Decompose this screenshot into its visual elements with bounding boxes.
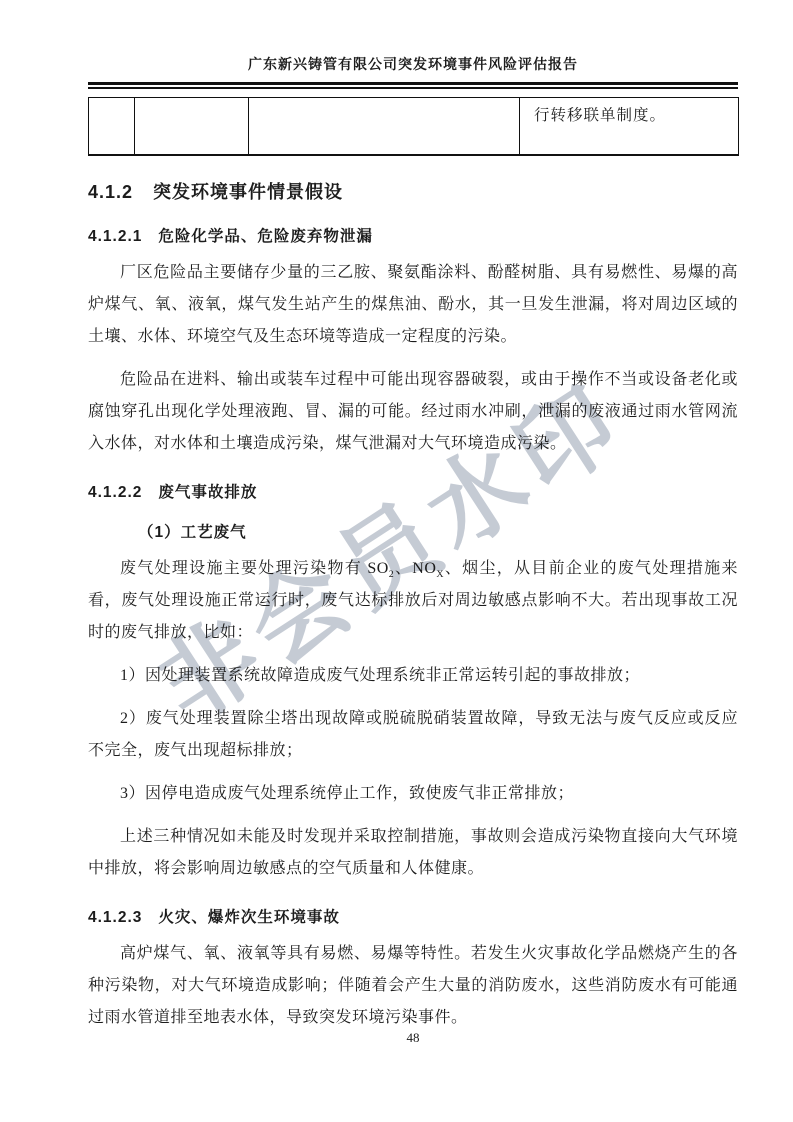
- paragraph-leak-scenario: 危险品在进料、输出或装车过程中可能出现容器破裂，或由于操作不当或设备老化或腐蚀穿…: [88, 364, 738, 460]
- heading-4-1-2-2: 4.1.2.2废气事故排放: [88, 480, 738, 502]
- table-cell-3: [249, 98, 520, 156]
- heading-title: 火灾、爆炸次生环境事故: [158, 909, 340, 926]
- document-page: 非会员水印 广东新兴铸管有限公司突发环境事件风险评估报告 行转移联单制度。 4.…: [0, 0, 793, 1122]
- paragraph-hazard-storage: 厂区危险品主要储存少量的三乙胺、聚氨酯涂料、酚醛树脂、具有易燃性、易爆的高炉煤气…: [88, 257, 738, 353]
- paragraph-control-measures: 上述三种情况如未能及时发现并采取控制措施，事故则会造成污染物直接向大气环境中排放…: [88, 821, 738, 885]
- heading-title: 废气事故排放: [158, 484, 257, 501]
- list-item-2: 2）废气处理装置除尘塔出现故障或脱硫脱硝装置故障，导致无法与废气反应或反应不完全…: [88, 703, 738, 767]
- report-header-title: 广东新兴铸管有限公司突发环境事件风险评估报告: [88, 0, 738, 74]
- heading-4-1-2-3: 4.1.2.3火灾、爆炸次生环境事故: [88, 905, 738, 927]
- heading-title: 突发环境事件情景假设: [153, 182, 343, 202]
- paragraph-gas-treatment: 废气处理设施主要处理污染物有 SO2、NOX、烟尘，从目前企业的废气处理措施来看…: [88, 553, 738, 649]
- list-item-3: 3）因停电造成废气处理系统停止工作，致使废气非正常排放；: [88, 778, 738, 810]
- header-double-rule: [88, 82, 738, 89]
- table-cell-1: [89, 98, 135, 156]
- table-row: 行转移联单制度。: [89, 98, 739, 156]
- heading-number: 4.1.2.3: [88, 909, 142, 926]
- continuation-table: 行转移联单制度。: [88, 97, 739, 156]
- heading-process-gas: （1）工艺废气: [138, 520, 738, 542]
- paragraph-fire-explosion: 高炉煤气、氧、液氧等具有易燃、易爆等特性。若发生火灾事故化学品燃烧产生的各种污染…: [88, 938, 738, 1034]
- heading-4-1-2: 4.1.2突发环境事件情景假设: [88, 178, 738, 204]
- heading-number: 4.1.2.2: [88, 484, 142, 501]
- table-cell-4: 行转移联单制度。: [520, 98, 739, 156]
- list-item-1: 1）因处理装置系统故障造成废气处理系统非正常运转引起的事故排放；: [88, 660, 738, 692]
- page-number: 48: [88, 1030, 738, 1046]
- heading-number: 4.1.2.1: [88, 228, 142, 245]
- heading-number: 4.1.2: [88, 182, 133, 202]
- page-content: 广东新兴铸管有限公司突发环境事件风险评估报告 行转移联单制度。 4.1.2突发环…: [88, 0, 738, 1034]
- heading-title: 危险化学品、危险废弃物泄漏: [158, 228, 373, 245]
- heading-4-1-2-1: 4.1.2.1危险化学品、危险废弃物泄漏: [88, 224, 738, 246]
- table-cell-2: [135, 98, 249, 156]
